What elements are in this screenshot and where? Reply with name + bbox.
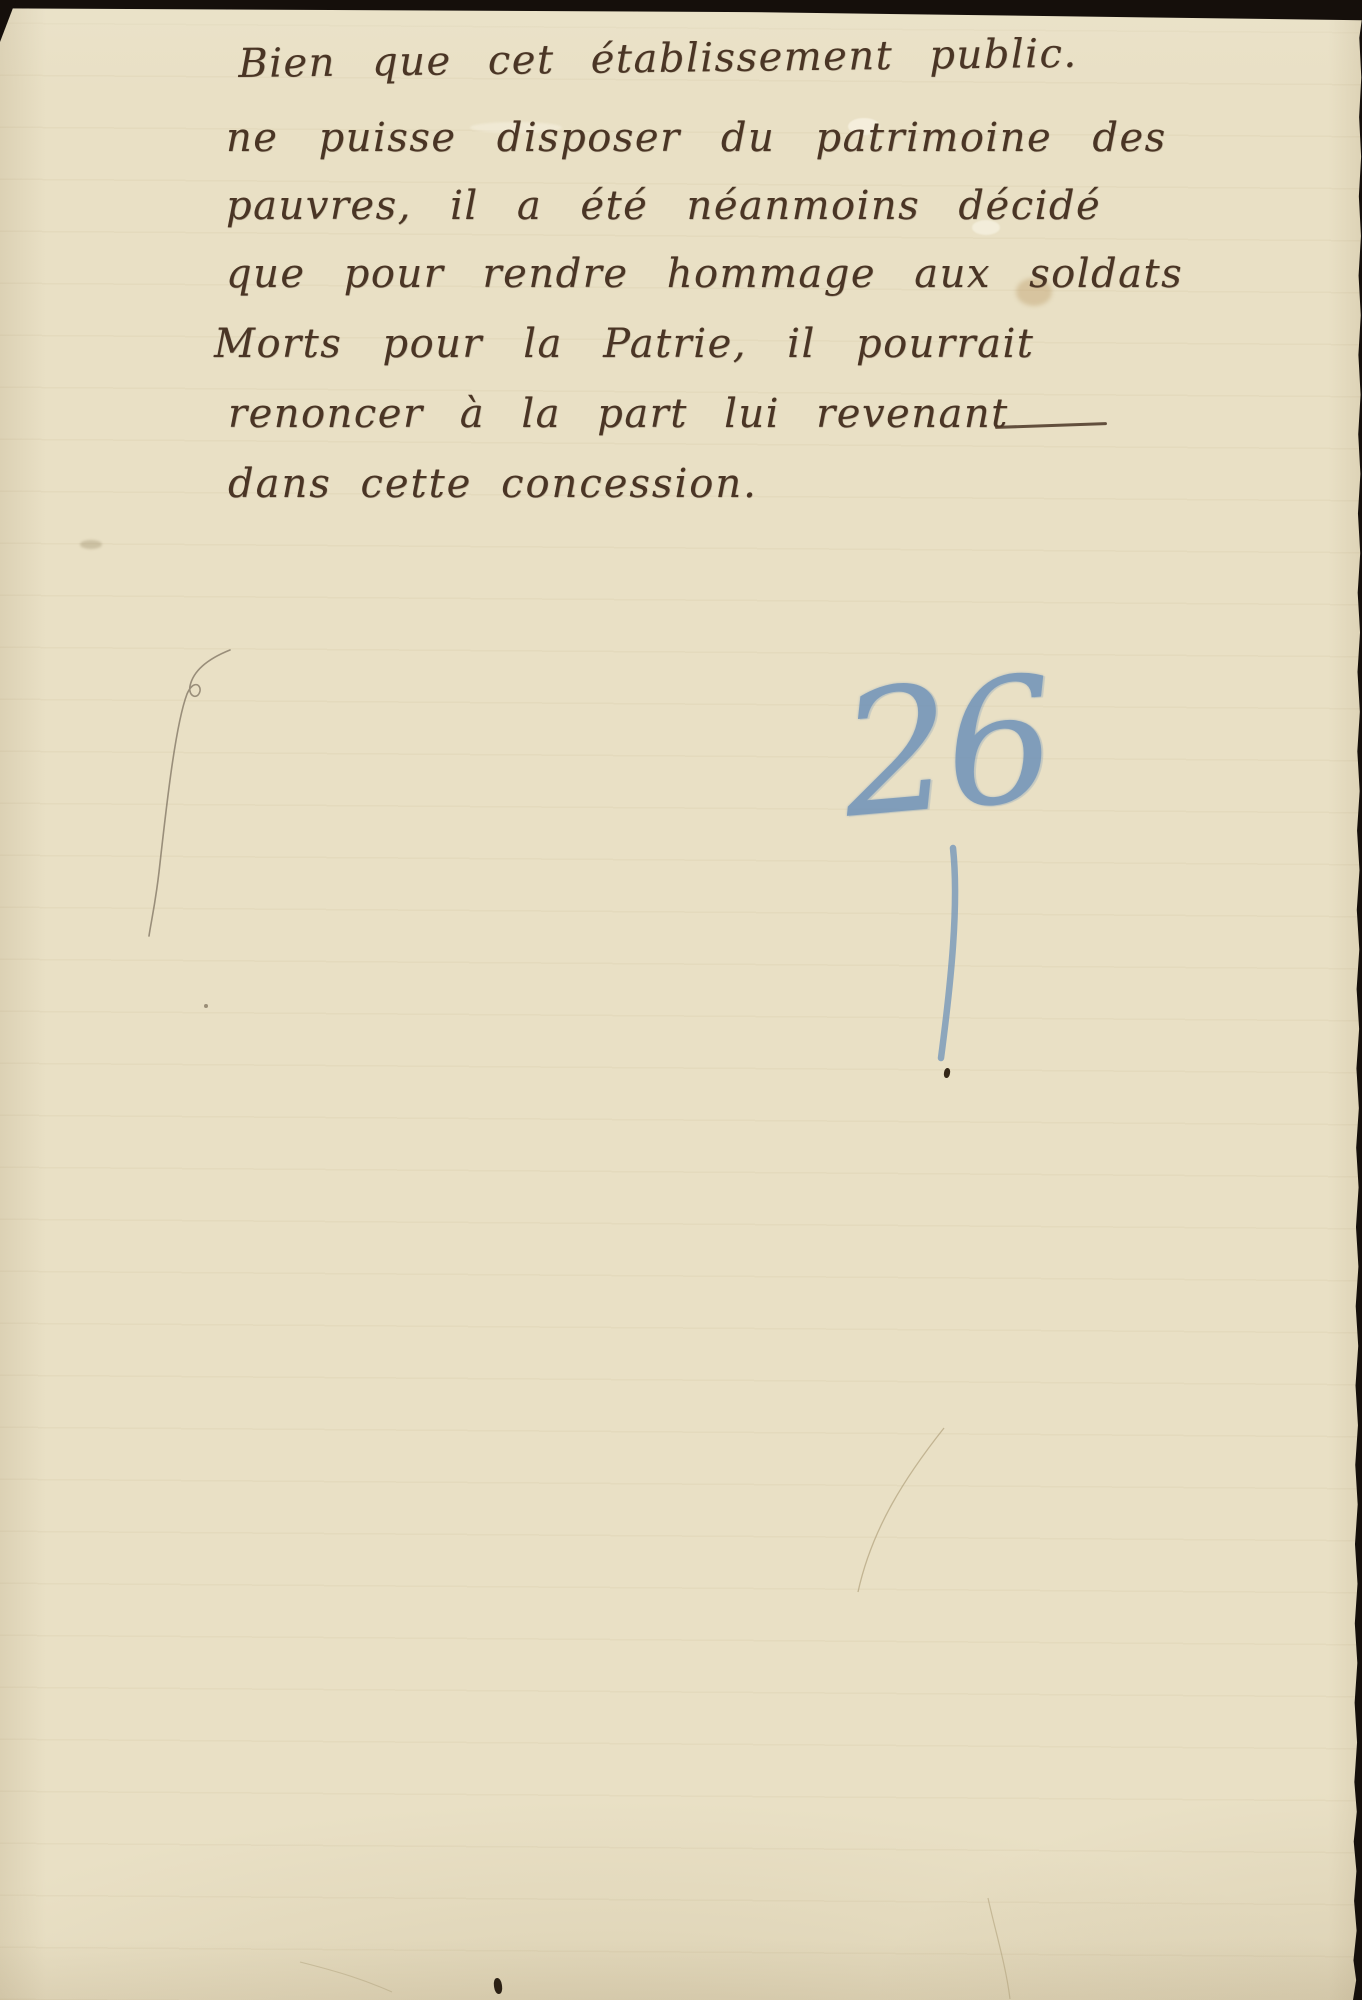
marks-overlay: [0, 0, 1362, 2000]
scanned-page: Bien que cet établissement public. ne pu…: [0, 0, 1362, 2000]
paper-crease-line: [988, 1898, 1010, 1999]
paper-crease-line: [858, 1428, 944, 1592]
paper-crease-line: [300, 1962, 392, 1992]
blue-pencil-tail-stroke: [941, 848, 955, 1058]
pencil-line: [149, 650, 230, 936]
